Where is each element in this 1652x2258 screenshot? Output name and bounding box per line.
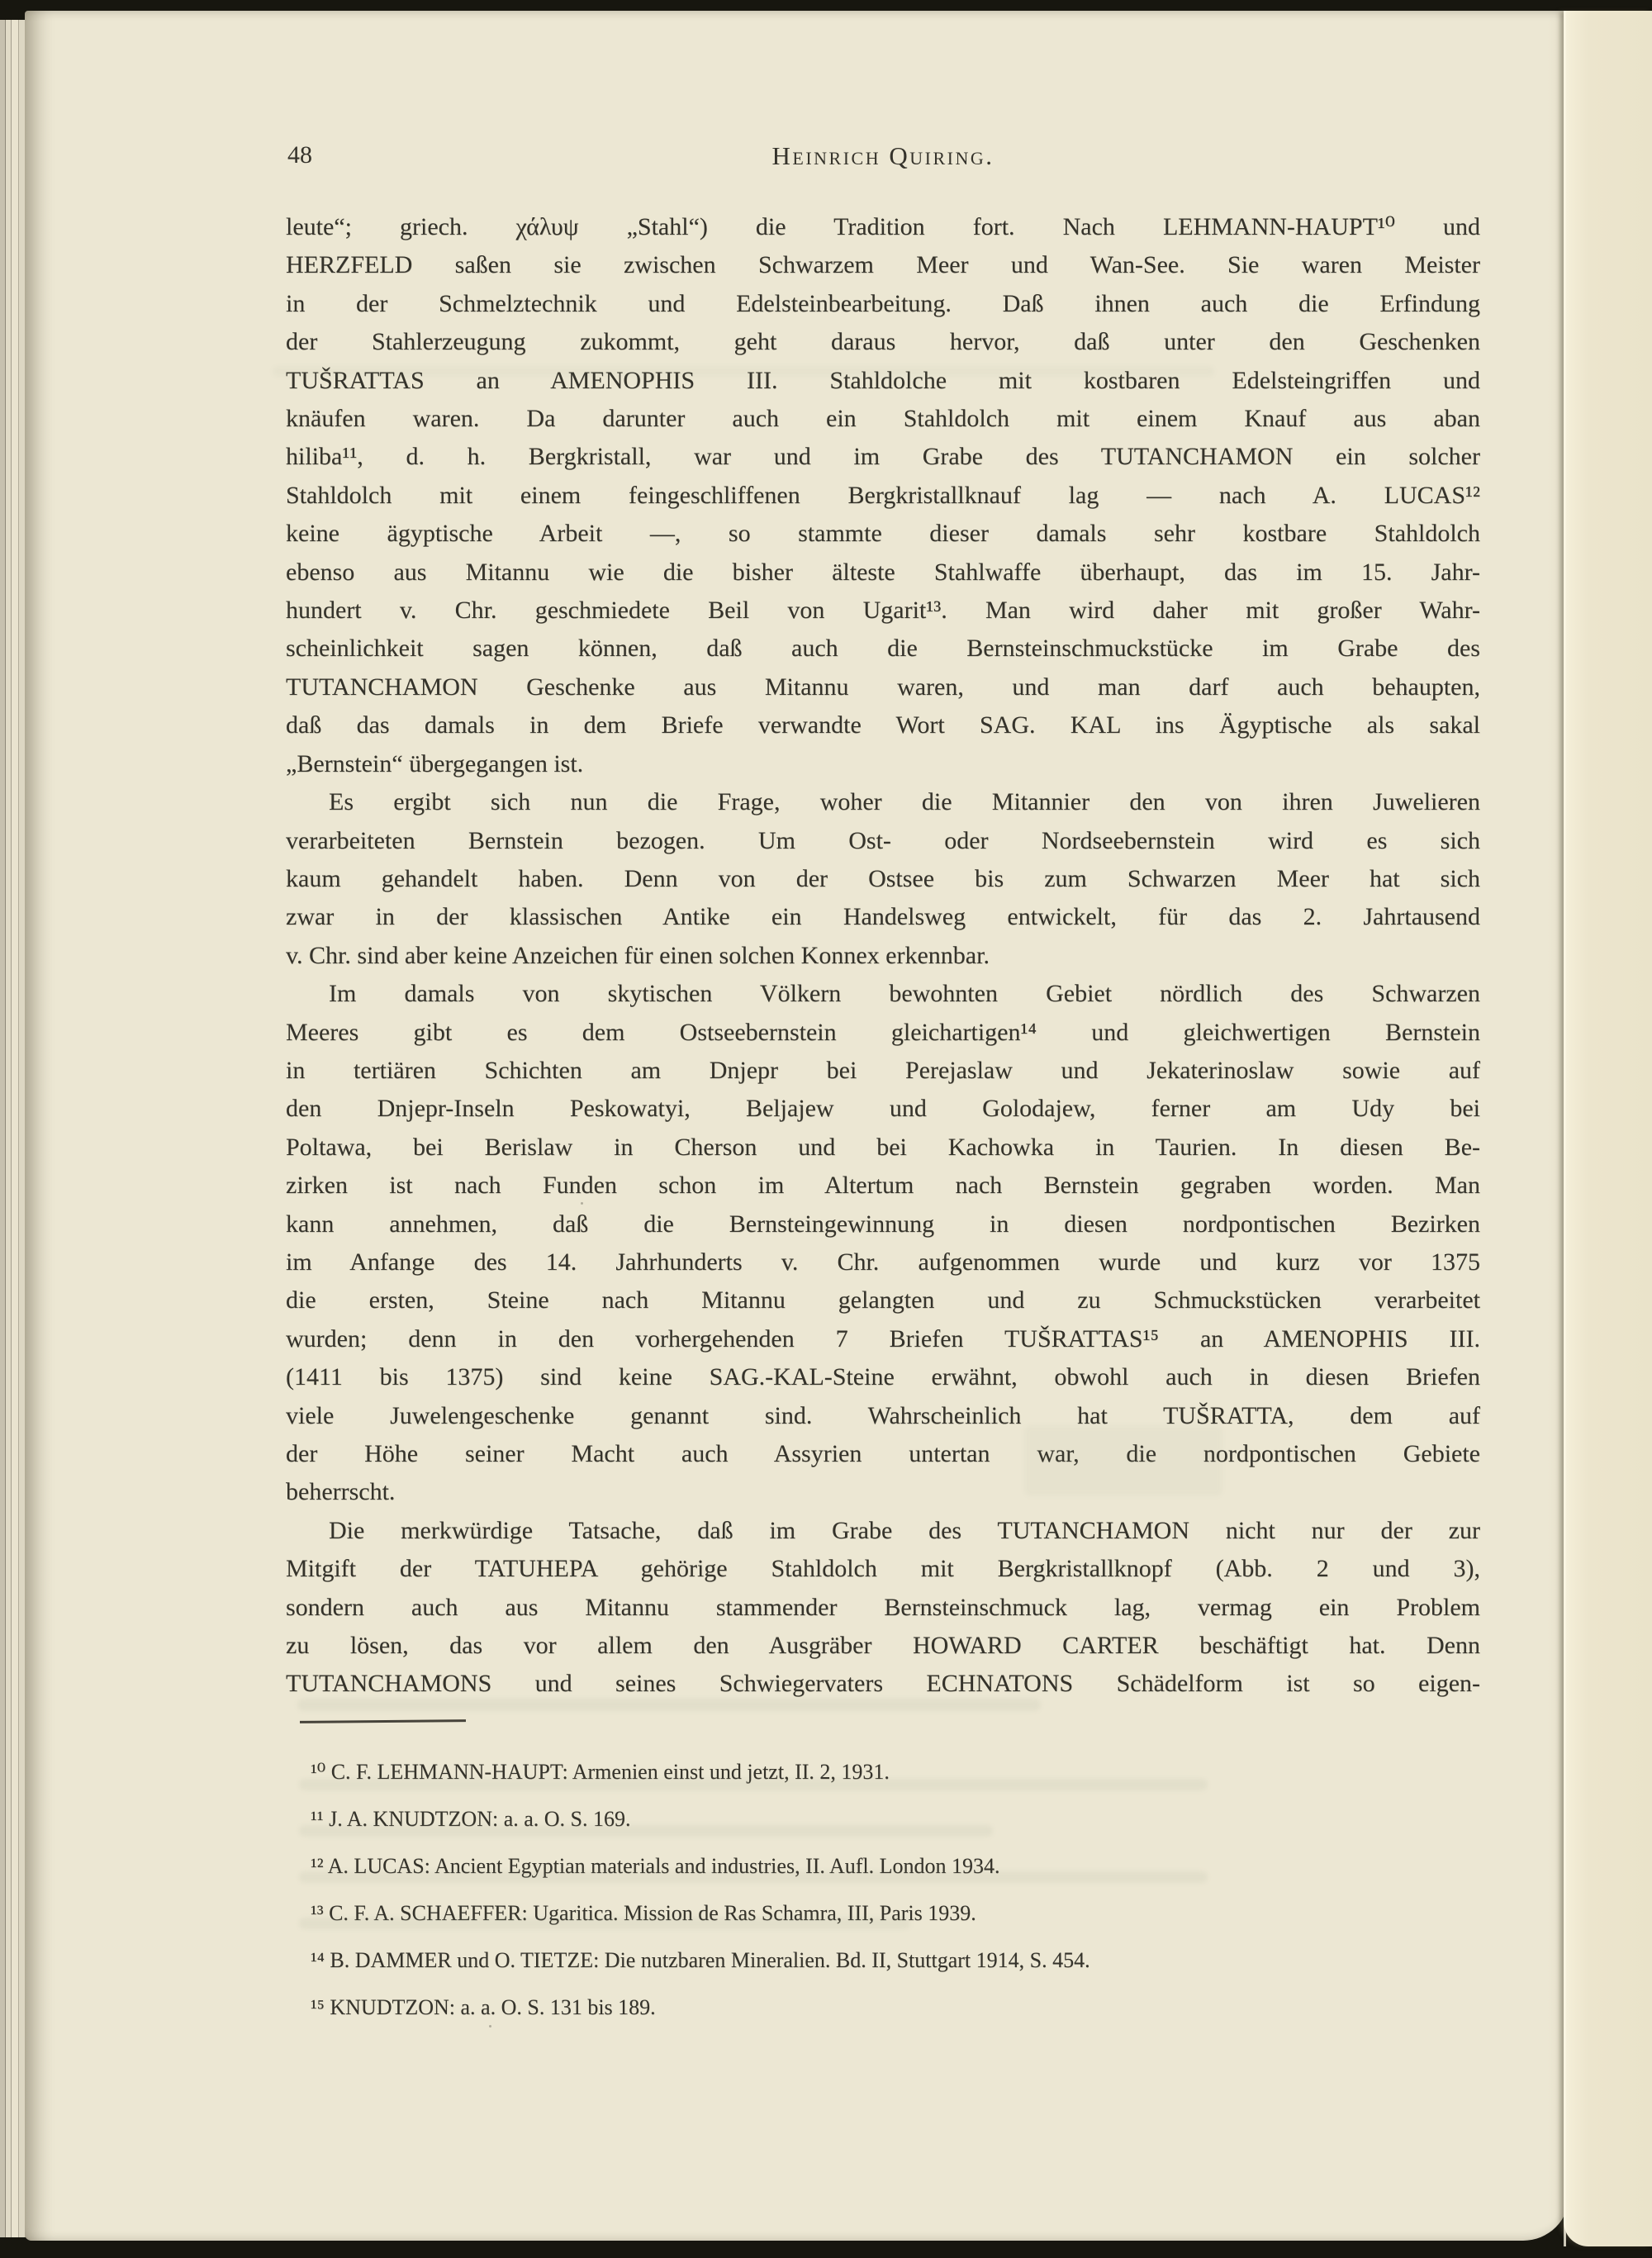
text-line: in tertiären Schichten am Dnjepr bei Per… — [286, 1052, 1480, 1090]
footnote-line: ¹⁵ KNUDTZON: a. a. O. S. 131 bis 189. — [286, 1984, 1480, 2031]
text-line: TUTANCHAMON Geschenke aus Mitannu waren,… — [286, 668, 1480, 706]
text-line: leute“; griech. χάλυψ „Stahl“) die Tradi… — [286, 208, 1480, 246]
text-line: Stahldolch mit einem feingeschliffenen B… — [286, 477, 1480, 515]
text-line: kaum gehandelt haben. Denn von der Ostse… — [286, 860, 1480, 898]
show-through-stripe — [299, 1825, 993, 1837]
text-line: „Bernstein“ übergegangen ist. — [286, 745, 1480, 783]
text-line: in der Schmelztechnik und Edelsteinbearb… — [286, 285, 1480, 323]
dust-speck — [489, 2025, 491, 2027]
adjacent-page — [1564, 11, 1652, 2246]
footnote-line: ¹⁴ B. DAMMER und O. TIETZE: Die nutzbare… — [286, 1937, 1480, 1984]
running-head: Heinrich Quiring. — [286, 141, 1480, 171]
text-line: zirken ist nach Funden schon im Altertum… — [286, 1167, 1480, 1205]
text-line: zu lösen, das vor allem den Ausgräber HO… — [286, 1627, 1480, 1665]
text-line: Die merkwürdige Tatsache, daß im Grabe d… — [286, 1512, 1480, 1550]
text-line: kann annehmen, daß die Bernsteingewinnun… — [286, 1205, 1480, 1243]
text-line: viele Juwelengeschenke genannt sind. Wah… — [286, 1397, 1480, 1435]
page-edge-strip — [0, 20, 6, 2237]
page-header: 48 Heinrich Quiring. — [286, 141, 1480, 178]
text-line: den Dnjepr-Inseln Peskowatyi, Beljajew u… — [286, 1090, 1480, 1128]
show-through-stripe — [299, 1918, 910, 1929]
text-line: sondern auch aus Mitannu stammender Bern… — [286, 1589, 1480, 1627]
show-through-stripe — [1024, 1425, 1222, 1496]
text-line: Es ergibt sich nun die Frage, woher die … — [286, 783, 1480, 821]
text-line: hundert v. Chr. geschmiedete Beil von Ug… — [286, 592, 1480, 630]
text-line: ebenso aus Mitannu wie die bisher ältest… — [286, 554, 1480, 592]
show-through-stripe — [297, 1699, 1041, 1711]
scanned-page: 48 Heinrich Quiring. leute“; griech. χάλ… — [25, 11, 1569, 2241]
text-line: HERZFELD saßen sie zwischen Schwarzem Me… — [286, 246, 1480, 284]
text-line: Poltawa, bei Berislaw in Cherson und bei… — [286, 1129, 1480, 1167]
text-line: der Höhe seiner Macht auch Assyrien unte… — [286, 1435, 1480, 1473]
text-line: der Stahlerzeugung zukommt, geht daraus … — [286, 323, 1480, 361]
text-line: scheinlichkeit sagen können, daß auch di… — [286, 630, 1480, 668]
text-line: Mitgift der TATUHEPA gehörige Stahldolch… — [286, 1550, 1480, 1588]
show-through-stripe — [273, 366, 1214, 377]
text-line: v. Chr. sind aber keine Anzeichen für ei… — [286, 937, 1480, 975]
gutter-crease — [1564, 11, 1566, 2246]
show-through-stripe — [299, 1871, 1208, 1883]
text-line: die ersten, Steine nach Mitannu gelangte… — [286, 1281, 1480, 1319]
page-edge-strip — [12, 20, 19, 2237]
dust-speck — [1166, 448, 1170, 450]
text-line: hiliba¹¹, d. h. Bergkristall, war und im… — [286, 438, 1480, 476]
text-line: (1411 bis 1375) sind keine SAG.-KAL-Stei… — [286, 1358, 1480, 1396]
dust-speck — [581, 1202, 583, 1205]
text-line: Meeres gibt es dem Ostseebernstein gleic… — [286, 1014, 1480, 1052]
show-through-stripe — [299, 1779, 1208, 1790]
text-line: Im damals von skytischen Völkern bewohnt… — [286, 975, 1480, 1013]
text-line: daß das damals in dem Briefe verwandte W… — [286, 706, 1480, 744]
text-line: beherrscht. — [286, 1473, 1480, 1511]
footnotes: ¹⁰ C. F. LEHMANN-HAUPT: Armenien einst u… — [286, 1748, 1480, 2031]
footnote-separator — [300, 1719, 466, 1723]
text-line: knäufen waren. Da darunter auch ein Stah… — [286, 400, 1480, 438]
page-edge-strip — [6, 20, 12, 2237]
text-line: im Anfange des 14. Jahrhunderts v. Chr. … — [286, 1243, 1480, 1281]
text-line: zwar in der klassischen Antike ein Hande… — [286, 898, 1480, 936]
body-text: leute“; griech. χάλυψ „Stahl“) die Tradi… — [286, 208, 1480, 1704]
text-line: TUTANCHAMONS und seines Schwiegervaters … — [286, 1665, 1480, 1703]
text-line: verarbeiteten Bernstein bezogen. Um Ost-… — [286, 822, 1480, 860]
text-line: wurden; denn in den vorhergehenden 7 Bri… — [286, 1320, 1480, 1358]
text-line: keine ägyptische Arbeit —, so stammte di… — [286, 515, 1480, 553]
footnote-line: ¹³ C. F. A. SCHAEFFER: Ugaritica. Missio… — [286, 1890, 1480, 1937]
